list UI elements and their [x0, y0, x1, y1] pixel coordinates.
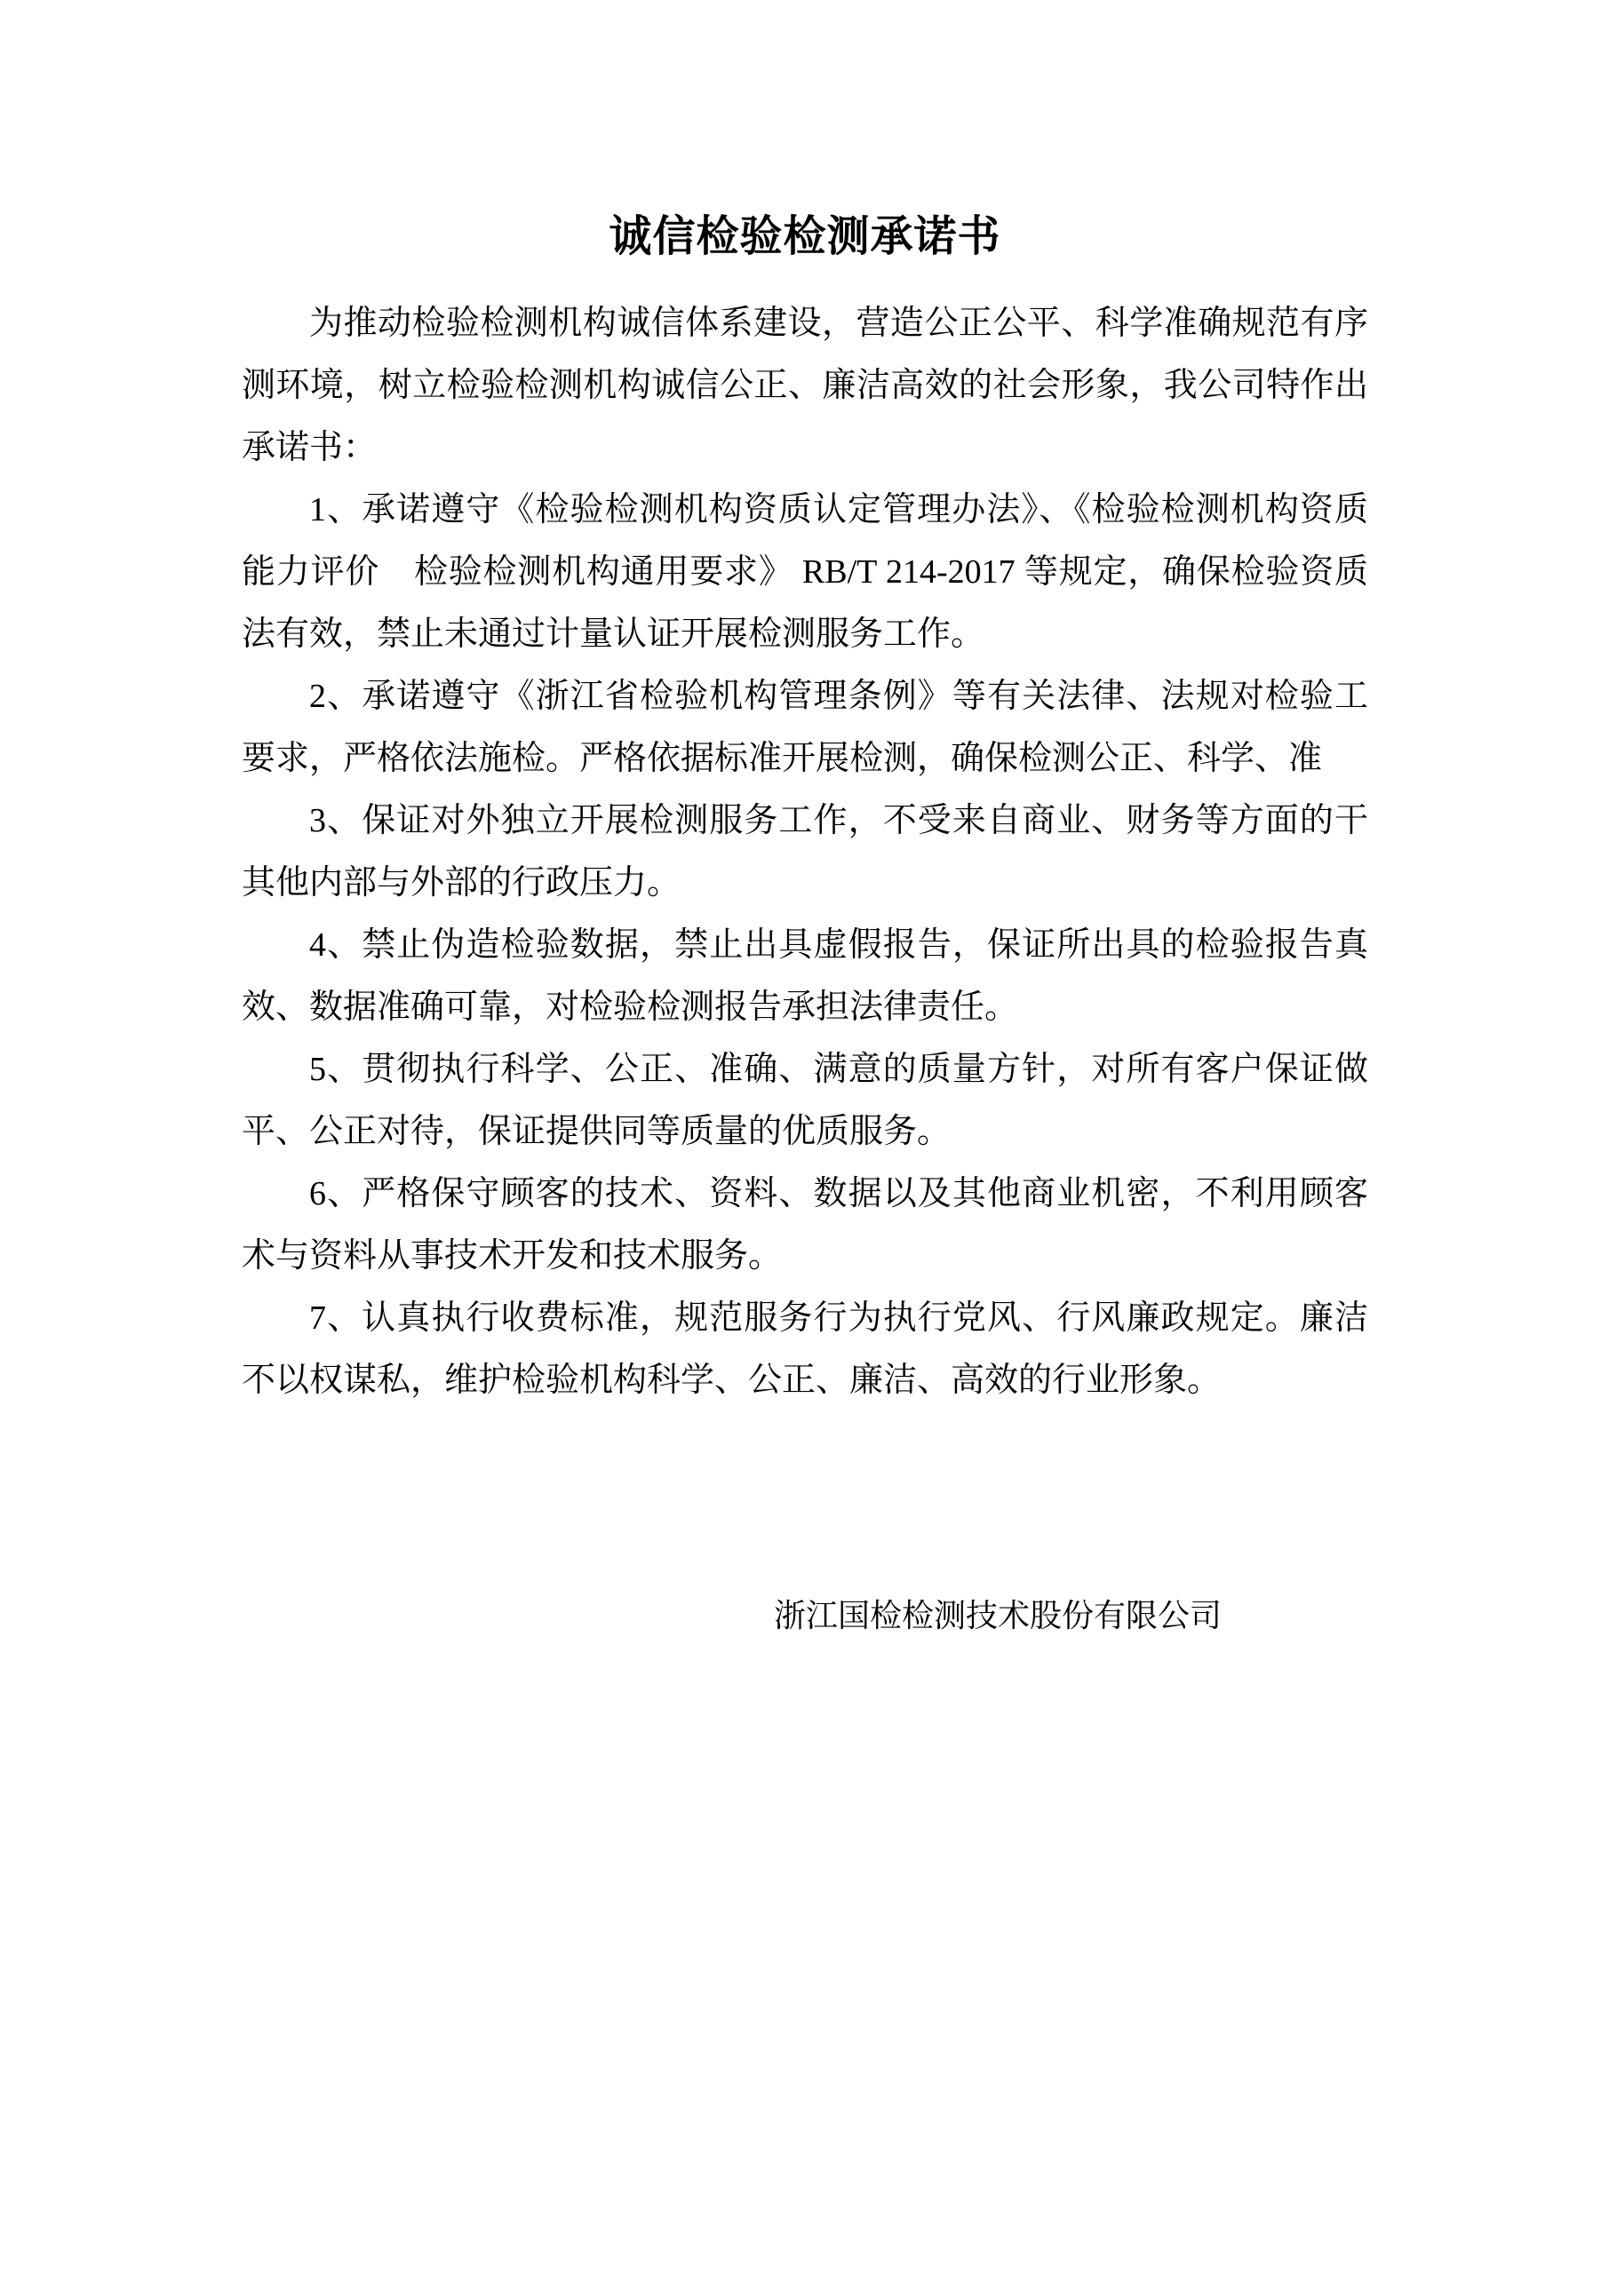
text-line: 不以权谋私，维护检验机构科学、公正、廉洁、高效的行业形象。 [242, 1349, 1368, 1411]
text-line: 平、公正对待，保证提供同等质量的优质服务。 [242, 1100, 1368, 1163]
paragraph-item-3: 3、保证对外独立开展检测服务工作，不受来自商业、财务等方面的干预和 其他内部与外… [242, 790, 1368, 914]
text-line: 效、数据准确可靠，对检验检测报告承担法律责任。 [242, 976, 1368, 1038]
paragraph-item-6: 6、严格保守顾客的技术、资料、数据以及其他商业机密，不利用顾客的技 术与资料从事… [242, 1163, 1368, 1287]
paragraph-item-4: 4、禁止伪造检验数据，禁止出具虚假报告，保证所出具的检验报告真实有 效、数据准确… [242, 914, 1368, 1038]
text-line: 7、认真执行收费标准，规范服务行为执行党风、行风廉政规定。廉洁自律， [242, 1287, 1368, 1349]
text-line: 1、承诺遵守《检验检测机构资质认定管理办法》、《检验检测机构资质认定 [242, 479, 1368, 541]
company-signature: 浙江国检检测技术股份有限公司 [242, 1585, 1368, 1647]
paragraph-item-1: 1、承诺遵守《检验检测机构资质认定管理办法》、《检验检测机构资质认定 能力评价 … [242, 479, 1368, 665]
paragraph-item-2: 2、承诺遵守《浙江省检验机构管理条例》等有关法律、法规对检验工作的 要求，严格依… [242, 665, 1368, 790]
paragraph-item-7: 7、认真执行收费标准，规范服务行为执行党风、行风廉政规定。廉洁自律， 不以权谋私… [242, 1287, 1368, 1411]
document-page: 诚信检验检测承诺书 为推动检验检测机构诚信体系建设，营造公正公平、科学准确规范有… [0, 0, 1609, 2296]
text-line: 要求，严格依法施检。严格依据标准开展检测，确保检测公正、科学、准确。 [242, 727, 1368, 790]
text-line: 法有效，禁止未通过计量认证开展检测服务工作。 [242, 603, 1368, 665]
text-line: 测环境，树立检验检测机构诚信公正、廉洁高效的社会形象，我公司特作出如下 [242, 354, 1368, 417]
text-line: 3、保证对外独立开展检测服务工作，不受来自商业、财务等方面的干预和 [242, 790, 1368, 852]
text-line: 2、承诺遵守《浙江省检验机构管理条例》等有关法律、法规对检验工作的 [242, 665, 1368, 727]
paragraph-intro: 为推动检验检测机构诚信体系建设，营造公正公平、科学准确规范有序的检 测环境，树立… [242, 292, 1368, 479]
text-line: 4、禁止伪造检验数据，禁止出具虚假报告，保证所出具的检验报告真实有 [242, 914, 1368, 976]
text-line: 能力评价 检验检测机构通用要求》 RB/T 214-2017 等规定，确保检验资… [242, 541, 1368, 603]
document-content: 诚信检验检测承诺书 为推动检验检测机构诚信体系建设，营造公正公平、科学准确规范有… [242, 206, 1368, 1647]
paragraph-item-5: 5、贯彻执行科学、公正、准确、满意的质量方针，对所有客户保证做到公 平、公正对待… [242, 1038, 1368, 1163]
text-line: 术与资料从事技术开发和技术服务。 [242, 1225, 1368, 1287]
text-line: 承诺书： [242, 417, 1368, 479]
text-line: 5、贯彻执行科学、公正、准确、满意的质量方针，对所有客户保证做到公 [242, 1038, 1368, 1100]
text-line: 6、严格保守顾客的技术、资料、数据以及其他商业机密，不利用顾客的技 [242, 1163, 1368, 1225]
text-line: 其他内部与外部的行政压力。 [242, 852, 1368, 914]
text-line: 为推动检验检测机构诚信体系建设，营造公正公平、科学准确规范有序的检 [242, 292, 1368, 354]
document-title: 诚信检验检测承诺书 [242, 206, 1368, 268]
